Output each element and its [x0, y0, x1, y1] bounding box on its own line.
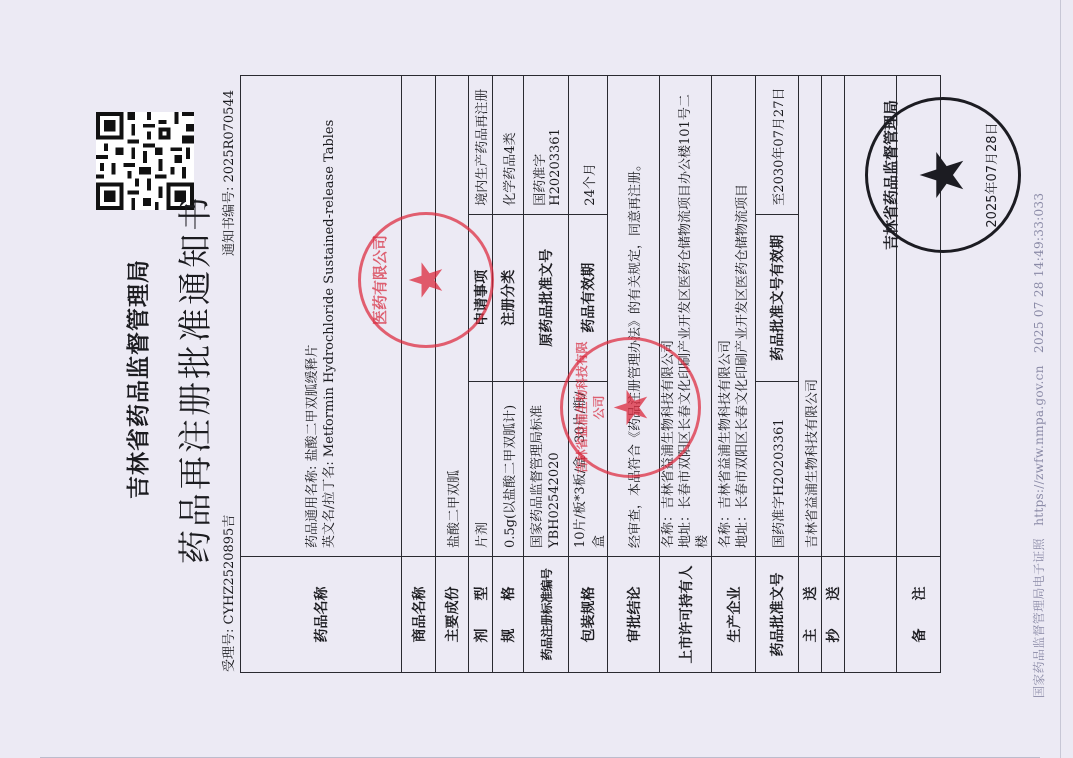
value-shelf-life: 24个月 — [569, 76, 608, 215]
row-specification: 规 格 0.5g(以盐酸二甲双胍计) 注册分类 化学药品4类 — [493, 76, 524, 673]
label-trade-name: 商品名称 — [402, 557, 436, 673]
value-application: 境内生产药品再注册 — [469, 76, 493, 215]
value-approval-validity: 至2030年07月27日 — [756, 76, 799, 215]
value-dosage-form: 片剂 — [469, 381, 493, 556]
value-approval-no: 国药准字H20203361 — [756, 381, 799, 556]
row-dosage-form: 剂 型 片剂 申请事项 境内生产药品再注册 — [469, 76, 493, 673]
acceptance-number: 受理号: CYHZ2520895吉 — [218, 515, 237, 672]
approval-notice-page: 药品再注册批准通知书 吉林省药品监督管理局 受理号: CYHZ2520895吉 … — [0, 0, 1073, 758]
label-standard-no: 药品注册标准编号 — [524, 557, 569, 673]
row-standard-no: 药品注册标准编号 国家药品监督管理局标准 YBH02542020 原药品批准文号… — [524, 76, 569, 673]
star-icon: ★ — [608, 387, 654, 428]
label-remarks: 备 注 — [897, 557, 941, 673]
label-mah: 上市许可持有人 — [660, 557, 712, 673]
label-drug-name: 药品名称 — [241, 557, 402, 673]
notice-number: 通知书编号: 2025R070544 — [218, 90, 237, 256]
english-name: 英文名/拉丁名: Metformin Hydrochloride Sustain… — [321, 84, 338, 548]
star-icon: ★ — [403, 259, 449, 300]
value-manufacturer: 名称：吉林省益浦生物科技有限公司 地址：长春市双阳区长春文化印刷产业开发区医药仓… — [712, 76, 756, 557]
value-conclusion: 经审查，本品符合《药品注册管理办法》的有关规定，同意再注册。 — [608, 76, 660, 557]
label-specification: 规 格 — [493, 557, 524, 673]
label-copy-to-2 — [845, 557, 897, 673]
company-seal-upper: ★ 医药有限公司 — [358, 212, 494, 348]
row-drug-name: 药品名称 药品通用名称: 盐酸二甲双胍缓释片 英文名/拉丁名: Metformi… — [241, 76, 402, 673]
label-dosage-form: 剂 型 — [469, 557, 493, 673]
label-send-to: 主 送 — [799, 557, 822, 673]
value-category: 化学药品4类 — [493, 76, 524, 215]
row-copy-to: 抄 送 — [822, 76, 845, 673]
agency-seal: ★ 吉林省药品监督管理局 2025年07月28日 — [865, 97, 1021, 253]
label-orig-approval: 原药品批准文号 — [524, 214, 569, 381]
row-manufacturer: 生产企业 名称：吉林省益浦生物科技有限公司 地址：长春市双阳区长春文化印刷产业开… — [712, 76, 756, 673]
label-conclusion: 审批结论 — [608, 557, 660, 673]
label-copy-to: 抄 送 — [822, 557, 845, 673]
seal-date: 2025年07月28日 — [981, 100, 1000, 250]
value-specification: 0.5g(以盐酸二甲双胍计) — [493, 381, 524, 556]
star-icon: ★ — [913, 148, 973, 202]
value-send-to: 吉林省益浦生物科技有限公司 — [799, 76, 822, 557]
value-orig-approval: 国药准字H20203361 — [524, 76, 569, 215]
row-send-to: 主 送 吉林省益浦生物科技有限公司 — [799, 76, 822, 673]
row-approval-no: 药品批准文号 国药准字H20203361 药品批准文号有效期 至2030年07月… — [756, 76, 799, 673]
page-edge-bottom — [1060, 0, 1061, 758]
label-packaging: 包装规格 — [569, 557, 608, 673]
label-manufacturer: 生产企业 — [712, 557, 756, 673]
value-copy-to — [822, 76, 845, 557]
company-seal-lower: ★ 吉林省益浦生物科技有限公司 — [560, 337, 701, 478]
row-trade-name: 商品名称 — [402, 76, 436, 673]
row-main-ingredient: 主要成份 盐酸二甲双胍 — [436, 76, 469, 673]
label-main-ingredient: 主要成份 — [436, 557, 469, 673]
label-approval-validity: 药品批准文号有效期 — [756, 214, 799, 381]
issuing-agency: 吉林省药品监督管理局 — [120, 0, 153, 758]
document-title: 药品再注册批准通知书 — [168, 0, 217, 758]
value-mah: 名称：吉林省益浦生物科技有限公司 地址：长春市双阳区长春文化印刷产业开发区医药仓… — [660, 76, 712, 557]
label-approval-no: 药品批准文号 — [756, 557, 799, 673]
generic-name: 药品通用名称: 盐酸二甲双胍缓释片 — [304, 84, 321, 548]
e-certificate-footer: 国家药品监督管理局电子证照 https://zwfw.nmpa.gov.cn 2… — [1030, 48, 1047, 698]
label-category: 注册分类 — [493, 214, 524, 381]
